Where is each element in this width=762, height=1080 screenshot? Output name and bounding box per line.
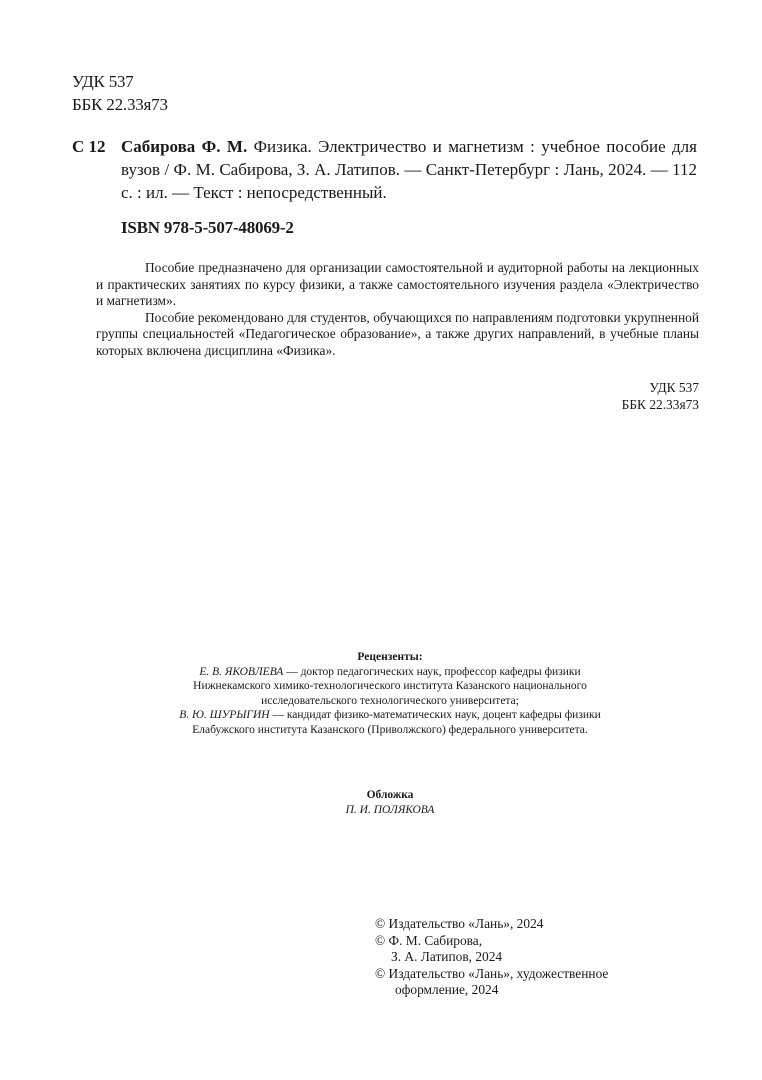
classification-codes-top: УДК 537 ББК 22.33я73 <box>72 70 168 116</box>
annotation-paragraph: Пособие предназначено для организации са… <box>96 260 699 310</box>
reviewer-name: В. Ю. ШУРЫГИН <box>179 709 269 721</box>
annotation-paragraph: Пособие рекомендовано для студентов, обу… <box>96 310 699 360</box>
copyright-line: © Издательство «Лань», художественное <box>375 966 695 983</box>
bibliographic-record: С 12 Сабирова Ф. М. Физика. Электричеств… <box>72 135 697 204</box>
cover-credit: Обложка П. И. ПОЛЯКОВА <box>220 788 560 817</box>
reviewers-heading: Рецензенты: <box>120 650 660 665</box>
reviewer-name: Е. В. ЯКОВЛЕВА <box>199 666 283 678</box>
copyright-line: З. А. Латипов, 2024 <box>375 949 695 966</box>
copyright-line: оформление, 2024 <box>375 982 695 999</box>
cover-heading: Обложка <box>220 788 560 803</box>
copyright-line: © Ф. М. Сабирова, <box>375 933 695 950</box>
reviewers-block: Рецензенты: Е. В. ЯКОВЛЕВА — доктор педа… <box>120 650 660 738</box>
udk-code: УДК 537 <box>560 380 699 397</box>
isbn: ISBN 978-5-507-48069-2 <box>121 218 294 238</box>
udk-code: УДК 537 <box>72 70 168 93</box>
bibliographic-entry: Сабирова Ф. М. Физика. Электричество и м… <box>121 135 697 204</box>
reviewer-line: В. Ю. ШУРЫГИН — кандидат физико-математи… <box>120 708 660 723</box>
reviewer-title: — кандидат физико-математических наук, д… <box>270 709 601 721</box>
annotation: Пособие предназначено для организации са… <box>96 260 699 359</box>
cover-designer: П. И. ПОЛЯКОВА <box>220 803 560 818</box>
copyright-line: © Издательство «Лань», 2024 <box>375 916 695 933</box>
bbk-code: ББК 22.33я73 <box>72 93 168 116</box>
reviewer-title: — доктор педагогических наук, профессор … <box>283 666 580 678</box>
reviewer-affiliation: Елабужского института Казанского (Привол… <box>120 723 660 738</box>
classification-codes-right: УДК 537 ББК 22.33я73 <box>560 380 699 413</box>
author-name: Сабирова Ф. М. <box>121 137 247 156</box>
author-mark: С 12 <box>72 135 106 158</box>
bbk-code: ББК 22.33я73 <box>560 397 699 414</box>
copyright-block: © Издательство «Лань», 2024 © Ф. М. Саби… <box>375 916 695 999</box>
reviewer-affiliation: исследовательского технологического унив… <box>120 694 660 709</box>
reviewer-line: Е. В. ЯКОВЛЕВА — доктор педагогических н… <box>120 665 660 680</box>
reviewer-affiliation: Нижнекамского химико-технологического ин… <box>120 679 660 694</box>
